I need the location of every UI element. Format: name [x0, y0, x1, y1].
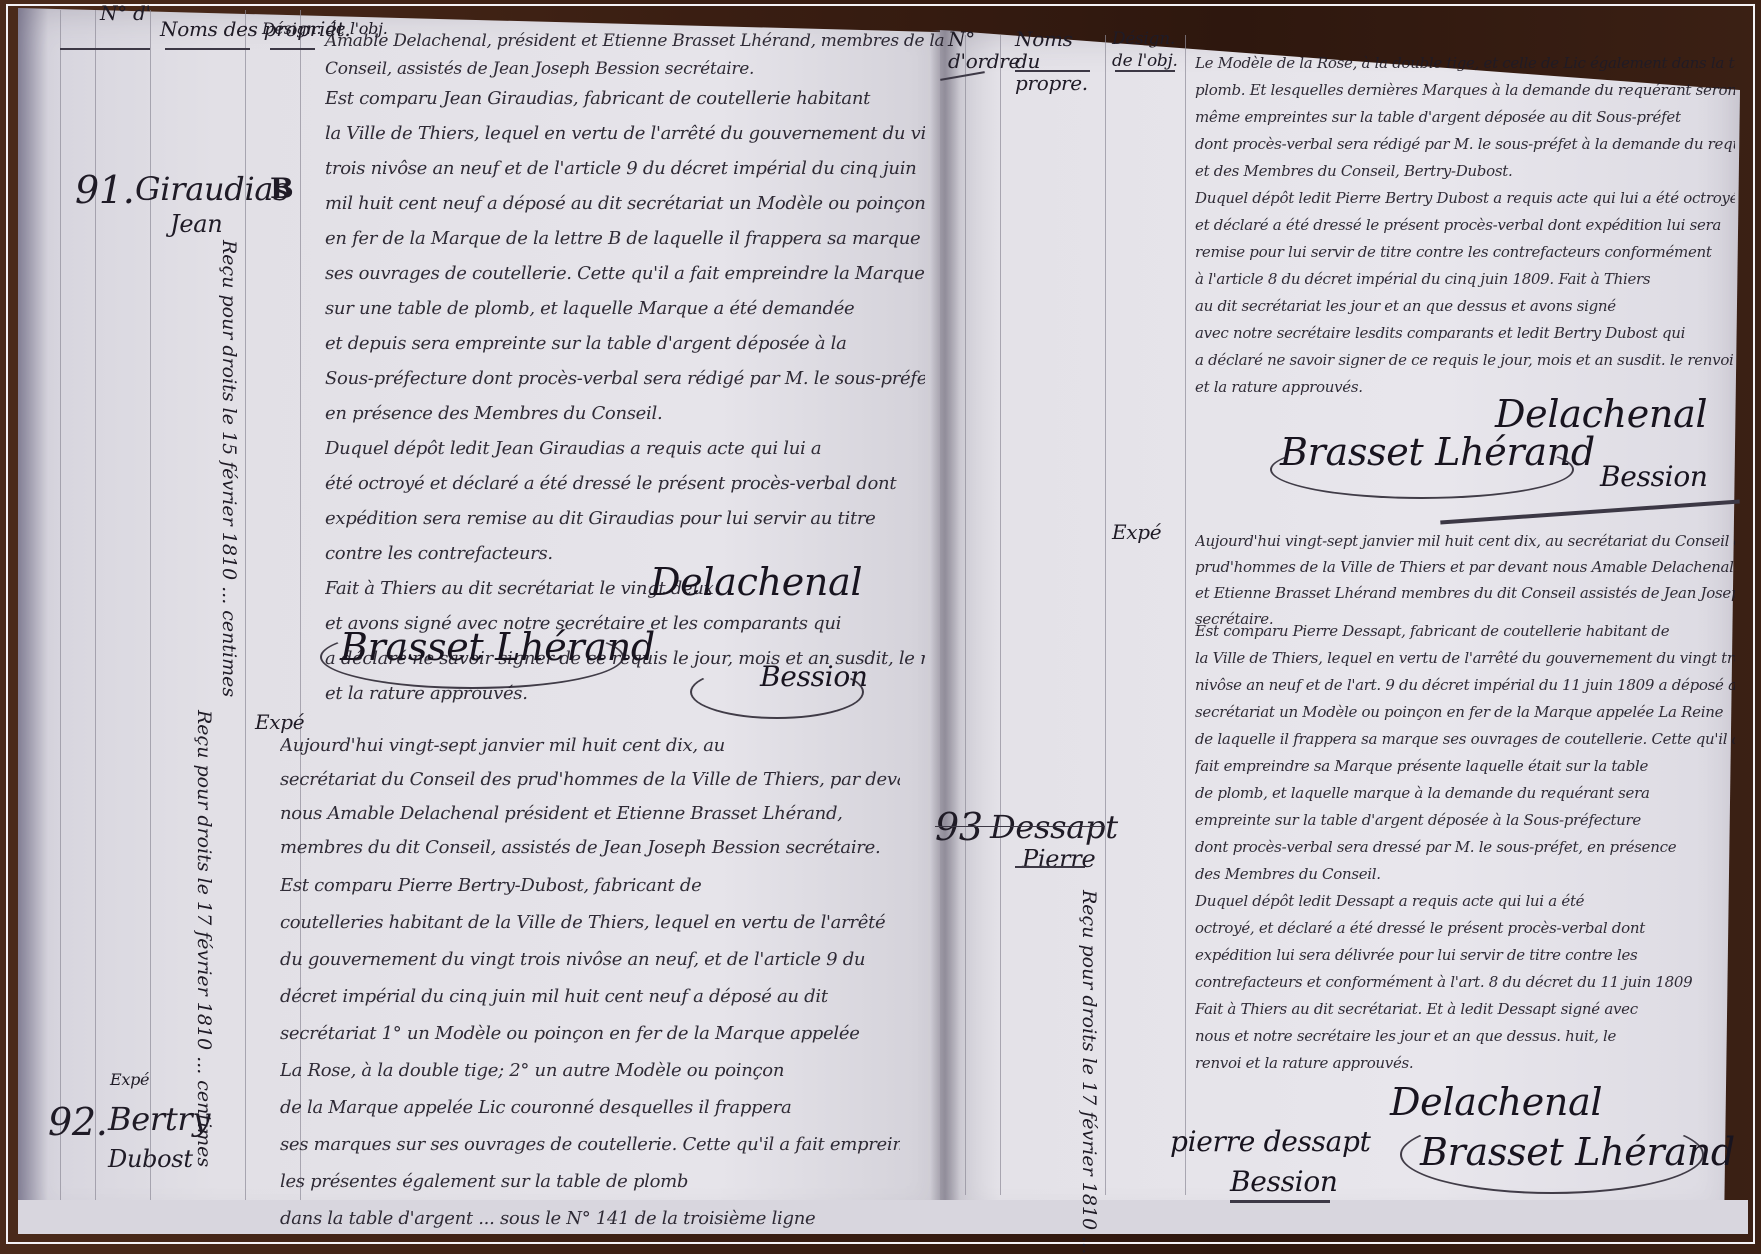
entry-firstname-92: Dubost — [108, 1145, 193, 1173]
margin-note-93: Reçu pour droits le 17 février 1810 ... … — [1078, 890, 1100, 1220]
text-line: ses marques sur ses ouvrages de coutelle… — [280, 1134, 900, 1156]
text-line: Aujourd'hui vingt-sept janvier mil huit … — [1195, 530, 1735, 552]
column-rule — [300, 10, 301, 1200]
text-line: de la Marque appelée Lic couronné desque… — [280, 1097, 900, 1119]
text-line: à l'article 8 du décret impérial du cinq… — [1195, 268, 1735, 290]
text-line: fait empreindre sa Marque présente laque… — [1195, 755, 1735, 777]
text-line: expédition lui sera délivrée pour lui se… — [1195, 944, 1735, 966]
margin-note-92: Reçu pour droits le 17 février 1810 ... … — [193, 710, 215, 1040]
column-rule — [1105, 35, 1106, 1195]
text-line: Est comparu Jean Giraudias, fabricant de… — [325, 88, 925, 110]
text-line: Amable Delachenal, président et Etienne … — [325, 30, 944, 52]
entry-number-91: 91. — [75, 168, 135, 212]
text-line: Aujourd'hui vingt-sept janvier mil huit … — [280, 735, 900, 757]
name-underline — [1015, 866, 1085, 868]
text-line: secrétariat un Modèle ou poinçon en fer … — [1195, 701, 1735, 723]
text-line: de laquelle il frappera sa marque ses ou… — [1195, 728, 1735, 750]
column-header-design: Désign. de l'obj. — [1112, 28, 1182, 72]
signature-bession: Bession — [1230, 1165, 1338, 1198]
column-header-name: Noms du propre. — [1015, 28, 1095, 94]
text-line: nous et notre secrétaire les jour et an … — [1195, 1025, 1735, 1047]
text-line: et déclaré a été dressé le présent procè… — [1195, 214, 1735, 236]
column-rule — [1185, 35, 1186, 1195]
column-rule — [1000, 35, 1001, 1195]
text-line: Sous-préfecture dont procès-verbal sera … — [325, 368, 925, 390]
text-line: des Membres du Conseil. — [1195, 863, 1735, 885]
expe-label: Expé — [1112, 520, 1161, 544]
text-line: secrétariat du Conseil des prud'hommes d… — [280, 769, 900, 791]
entry-surname-91: Giraudias — [135, 170, 289, 208]
text-line: la Ville de Thiers, lequel en vertu de l… — [325, 123, 925, 145]
text-line: en fer de la Marque de la lettre B de la… — [325, 228, 925, 250]
text-line: membres du dit Conseil, assistés de Jean… — [280, 837, 900, 859]
header-underline — [165, 48, 250, 50]
text-line: et Etienne Brasset Lhérand membres du di… — [1195, 582, 1735, 604]
text-line: au dit secrétariat les jour et an que de… — [1195, 295, 1735, 317]
text-line: Duquel dépôt ledit Jean Giraudias a requ… — [325, 438, 925, 460]
text-line: nous Amable Delachenal président et Etie… — [280, 803, 900, 825]
signature-bession: Bession — [1600, 460, 1708, 493]
header-underline — [270, 48, 315, 50]
text-line: les présentes également sur la table de … — [280, 1171, 900, 1193]
text-line: Fait à Thiers au dit secrétariat. Et à l… — [1195, 998, 1735, 1020]
entry-surname-92: Bertry — [108, 1100, 210, 1138]
text-line: de plomb, et laquelle marque à la demand… — [1195, 782, 1735, 804]
text-line: mil huit cent neuf a déposé au dit secré… — [325, 193, 925, 215]
text-line: avec notre secrétaire lesdits comparants… — [1195, 322, 1735, 344]
text-line: du gouvernement du vingt trois nivôse an… — [280, 949, 900, 971]
text-line: trois nivôse an neuf et de l'article 9 d… — [325, 158, 925, 180]
text-line: la Ville de Thiers, lequel en vertu de l… — [1195, 647, 1735, 669]
column-rule — [965, 35, 966, 1195]
text-line: décret impérial du cinq juin mil huit ce… — [280, 986, 900, 1008]
text-line: expédition sera remise au dit Giraudias … — [325, 508, 925, 530]
entry-number-93: 93 — [935, 805, 983, 849]
signature-stroke — [1230, 1200, 1330, 1203]
signature-flourish — [690, 665, 864, 719]
text-line: Est comparu Pierre Dessapt, fabricant de… — [1195, 620, 1735, 642]
text-line: Le Modèle de la Rose, à la double tige, … — [1195, 52, 1735, 74]
entry-surname-93: Dessapt — [990, 808, 1118, 846]
column-header-order: N° d' — [100, 2, 151, 24]
text-line: Est comparu Pierre Bertry-Dubost, fabric… — [280, 875, 900, 897]
text-line: sur une table de plomb, et laquelle Marq… — [325, 298, 925, 320]
entry-number-92: 92. — [48, 1100, 108, 1144]
text-line: renvoi et la rature approuvés. — [1195, 1052, 1735, 1074]
text-line: ses ouvrages de coutellerie. Cette qu'il… — [325, 263, 925, 285]
text-line: remise pour lui servir de titre contre l… — [1195, 241, 1735, 263]
text-line: dont procès-verbal sera rédigé par M. le… — [1195, 133, 1735, 155]
column-header-order: N° d'ordre — [948, 28, 998, 72]
expe-label: Expé — [255, 710, 304, 734]
text-line: et des Membres du Conseil, Bertry-Dubost… — [1195, 160, 1735, 182]
text-line: prud'hommes de la Ville de Thiers et par… — [1195, 556, 1735, 578]
text-line: Duquel dépôt ledit Pierre Bertry Dubost … — [1195, 187, 1735, 209]
text-line: secrétariat 1° un Modèle ou poinçon en f… — [280, 1023, 900, 1045]
mark-letter-b: B — [270, 172, 293, 205]
book-gutter — [930, 30, 960, 1200]
signature-flourish — [1400, 1115, 1704, 1194]
text-line: a déclaré ne savoir signer de ce requis … — [1195, 349, 1735, 371]
signature-dessapt: pierre dessapt — [1170, 1125, 1371, 1158]
text-line: dont procès-verbal sera dressé par M. le… — [1195, 836, 1735, 858]
text-line: même empreintes sur la table d'argent dé… — [1195, 106, 1735, 128]
text-line: Duquel dépôt ledit Dessapt a requis acte… — [1195, 890, 1735, 912]
entry-firstname-91: Jean — [170, 210, 222, 238]
text-line: et depuis sera empreinte sur la table d'… — [325, 333, 925, 355]
signature-delachenal: Delachenal — [650, 560, 862, 604]
expe-label-92: Expé — [110, 1070, 149, 1089]
text-line: La Rose, à la double tige; 2° un autre M… — [280, 1060, 900, 1082]
text-line: plomb. Et lesquelles dernières Marques à… — [1195, 79, 1735, 101]
text-line: octroyé, et déclaré a été dressé le prés… — [1195, 917, 1735, 939]
text-line: dans la table d'argent ... sous le N° 14… — [280, 1208, 900, 1230]
text-line: en présence des Membres du Conseil. — [325, 403, 925, 425]
text-line: été octroyé et déclaré a été dressé le p… — [325, 473, 925, 495]
header-underline — [60, 48, 150, 50]
margin-note-91: Reçu pour droits le 15 février 1810 ... … — [218, 240, 240, 600]
text-line: nivôse an neuf et de l'art. 9 du décret … — [1195, 674, 1735, 696]
text-line: contrefacteurs et conformément à l'art. … — [1195, 971, 1735, 993]
signature-flourish — [1270, 440, 1574, 499]
text-line: coutelleries habitant de la Ville de Thi… — [280, 912, 900, 934]
entry-firstname-93: Pierre — [1022, 845, 1095, 873]
signature-flourish — [320, 625, 624, 689]
text-line: Conseil, assistés de Jean Joseph Bession… — [325, 58, 754, 80]
column-rule — [60, 10, 61, 1200]
name-underline — [935, 826, 1105, 827]
text-line: empreinte sur la table d'argent déposée … — [1195, 809, 1735, 831]
